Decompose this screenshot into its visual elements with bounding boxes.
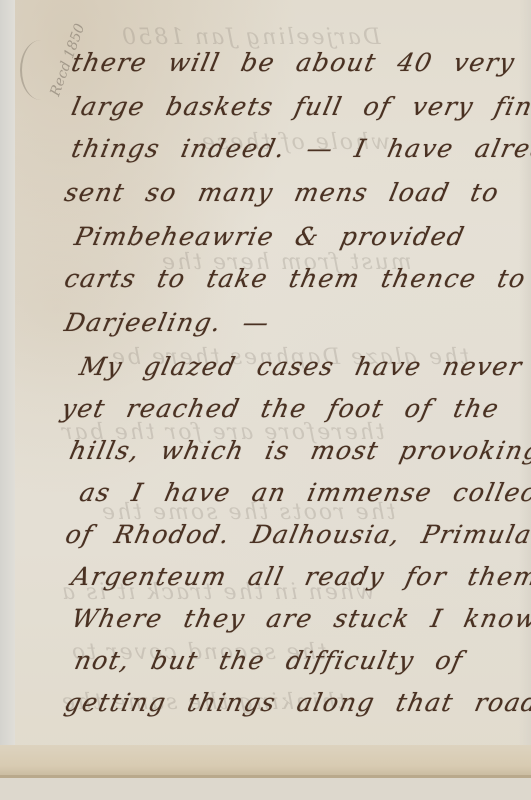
letter-line-9: yet reached the foot of the	[59, 394, 503, 423]
letter-line-1: there will be about 40 very	[69, 48, 518, 77]
letter-line-3: things indeed. — I have already	[69, 134, 531, 163]
letter-line-7: Darjeeling. —	[62, 308, 273, 337]
letter-line-14-text: Where they are stuck I know	[69, 604, 531, 633]
letter-line-12: of Rhodod. Dalhousia, Primulatum,	[63, 520, 531, 549]
letter-body: there will be about 40 very large basket…	[0, 0, 531, 800]
letter-line-10: hills, which is most provoking	[67, 436, 531, 465]
letter-line-13: Argenteum all ready for them.	[69, 562, 531, 591]
letter-line-2: large baskets full of very fine	[69, 92, 531, 121]
letter-line-5: Pimbeheawrie & provided	[72, 222, 468, 251]
letter-line-8: My glazed cases have never	[77, 352, 526, 381]
letter-line-6: carts to take them thence to	[62, 264, 529, 293]
letter-line-14: Where they are stuck I know	[69, 604, 531, 633]
letter-line-15: not, but the difficulty of	[72, 646, 466, 675]
scanned-letter-page: Darjeeling Jan 1850 whole of these must …	[0, 0, 531, 800]
letter-line-4: sent so many mens load to	[62, 178, 502, 207]
letter-line-11: as I have an immense collection	[77, 478, 531, 507]
letter-line-16: getting things along that road	[62, 688, 531, 717]
